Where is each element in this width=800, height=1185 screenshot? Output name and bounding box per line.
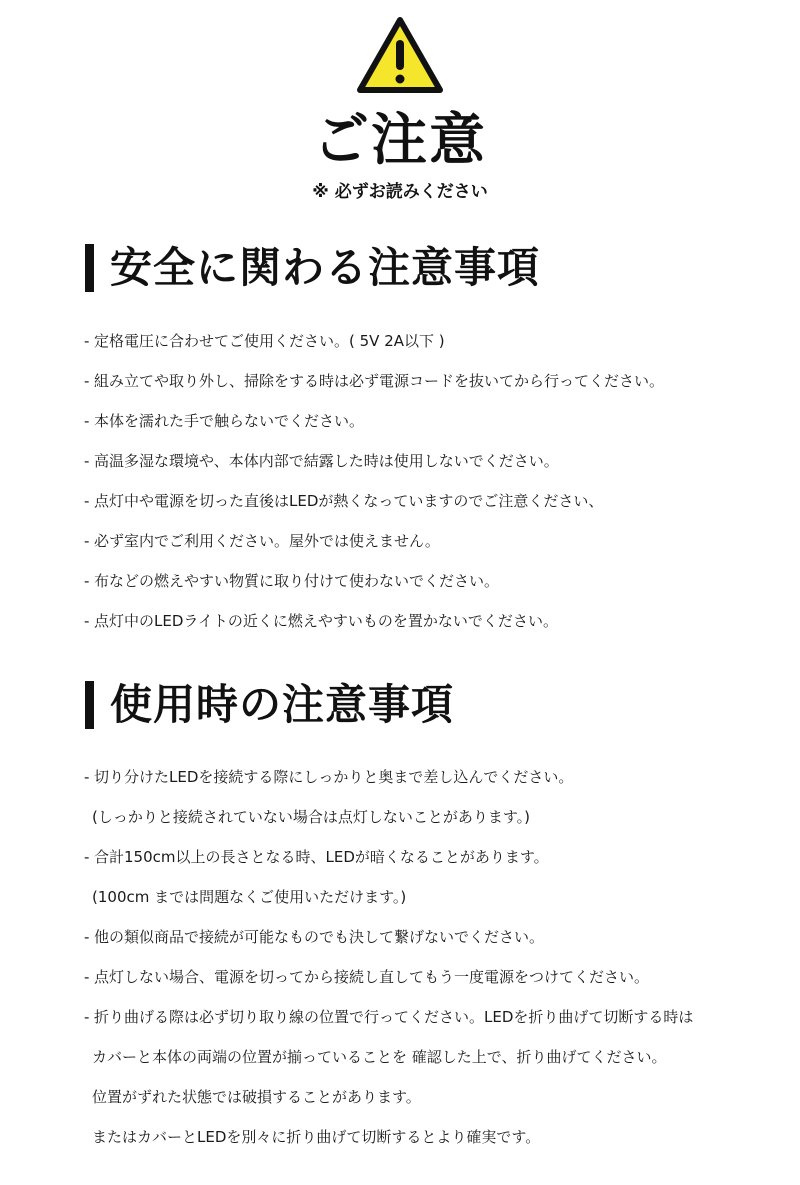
page-subtitle: ※ 必ずお読みください: [0, 180, 800, 204]
list-item-text: またはカバーとLEDを別々に折り曲げて切断するとより確実です。: [92, 1128, 540, 1146]
list-item: -定格電圧に合わせてご使用ください。( 5V 2A以下 ): [84, 330, 445, 352]
list-item-text: 布などの燃えやすい物質に取り付けて使わないでください。: [94, 572, 499, 590]
list-item-continuation: 位置がずれた状態では破損することがあります。: [92, 1086, 421, 1108]
list-item: -合計150cm以上の長さとなる時、LEDが暗くなることがあります。: [84, 846, 549, 868]
list-item: -他の類似商品で接続が可能なものでも決して繋げないでください。: [84, 926, 544, 948]
bullet-dash: -: [84, 330, 94, 352]
list-item-text: 高温多湿な環境や、本体内部で結露した時は使用しないでください。: [94, 452, 559, 470]
list-item-text: 合計150cm以上の長さとなる時、LEDが暗くなることがあります。: [94, 848, 549, 866]
list-item-text: 必ず室内でご利用ください。屋外では使えません。: [94, 532, 440, 550]
bullet-dash: -: [84, 846, 94, 868]
list-item-continuation: またはカバーとLEDを別々に折り曲げて切断するとより確実です。: [92, 1126, 540, 1148]
bullet-dash: -: [84, 1006, 94, 1028]
list-item-text: 組み立てや取り外し、掃除をする時は必ず電源コードを抜いてから行ってください。: [94, 372, 664, 390]
section-heading-usage: 使用時の注意事項: [85, 679, 454, 731]
bullet-dash: -: [84, 570, 94, 592]
bullet-dash: -: [84, 450, 94, 472]
list-item-note: (しっかりと接続されていない場合は点灯しないことがあります。): [92, 806, 530, 828]
list-item-text: カバーと本体の両端の位置が揃っていることを 確認した上で、折り曲げてください。: [92, 1048, 666, 1066]
list-item-text: 折り曲げる際は必ず切り取り線の位置で行ってください。LEDを折り曲げて切断する時…: [94, 1008, 693, 1026]
list-item-text: 定格電圧に合わせてご使用ください。( 5V 2A以下 ): [94, 332, 445, 350]
bullet-dash: -: [84, 370, 94, 392]
list-item-text: 点灯中のLEDライトの近くに燃えやすいものを置かないでください。: [94, 612, 558, 630]
list-item-note: (100cm までは問題なくご使用いただけます。): [92, 886, 406, 908]
section-heading-text: 使用時の注意事項: [110, 679, 454, 731]
page-title: ご注意: [0, 108, 800, 174]
list-item: -高温多湿な環境や、本体内部で結露した時は使用しないでください。: [84, 450, 559, 472]
section-heading-safety: 安全に関わる注意事項: [85, 242, 540, 294]
list-item: -点灯しない場合、電源を切ってから接続し直してもう一度電源をつけてください。: [84, 966, 649, 988]
list-item: -布などの燃えやすい物質に取り付けて使わないでください。: [84, 570, 499, 592]
list-item: -切り分けたLEDを接続する際にしっかりと奥まで差し込んでください。: [84, 766, 573, 788]
list-item: -点灯中のLEDライトの近くに燃えやすいものを置かないでください。: [84, 610, 558, 632]
bullet-dash: -: [84, 926, 94, 948]
bullet-dash: -: [84, 966, 94, 988]
list-item-text: 他の類似商品で接続が可能なものでも決して繋げないでください。: [94, 928, 544, 946]
list-item-text: 位置がずれた状態では破損することがあります。: [92, 1088, 421, 1106]
heading-bar: [85, 244, 94, 292]
section-heading-text: 安全に関わる注意事項: [110, 242, 540, 294]
list-item-text: 切り分けたLEDを接続する際にしっかりと奥まで差し込んでください。: [94, 768, 573, 786]
list-item: -点灯中や電源を切った直後はLEDが熱くなっていますのでご注意ください、: [84, 490, 603, 512]
list-item-text: (しっかりと接続されていない場合は点灯しないことがあります。): [92, 808, 530, 826]
warning-triangle-icon: [356, 16, 444, 94]
list-item-continuation: カバーと本体の両端の位置が揃っていることを 確認した上で、折り曲げてください。: [92, 1046, 666, 1068]
list-item: -必ず室内でご利用ください。屋外では使えません。: [84, 530, 440, 552]
list-item-text: 点灯中や電源を切った直後はLEDが熱くなっていますのでご注意ください、: [94, 492, 603, 510]
list-item: -本体を濡れた手で触らないでください。: [84, 410, 364, 432]
bullet-dash: -: [84, 490, 94, 512]
bullet-dash: -: [84, 530, 94, 552]
list-item-text: 点灯しない場合、電源を切ってから接続し直してもう一度電源をつけてください。: [94, 968, 649, 986]
list-item-text: 本体を濡れた手で触らないでください。: [94, 412, 364, 430]
bullet-dash: -: [84, 610, 94, 632]
bullet-dash: -: [84, 410, 94, 432]
list-item: -組み立てや取り外し、掃除をする時は必ず電源コードを抜いてから行ってください。: [84, 370, 664, 392]
bullet-dash: -: [84, 766, 94, 788]
list-item: -折り曲げる際は必ず切り取り線の位置で行ってください。LEDを折り曲げて切断する…: [84, 1006, 693, 1028]
list-item-text: (100cm までは問題なくご使用いただけます。): [92, 888, 406, 906]
heading-bar: [85, 681, 94, 729]
